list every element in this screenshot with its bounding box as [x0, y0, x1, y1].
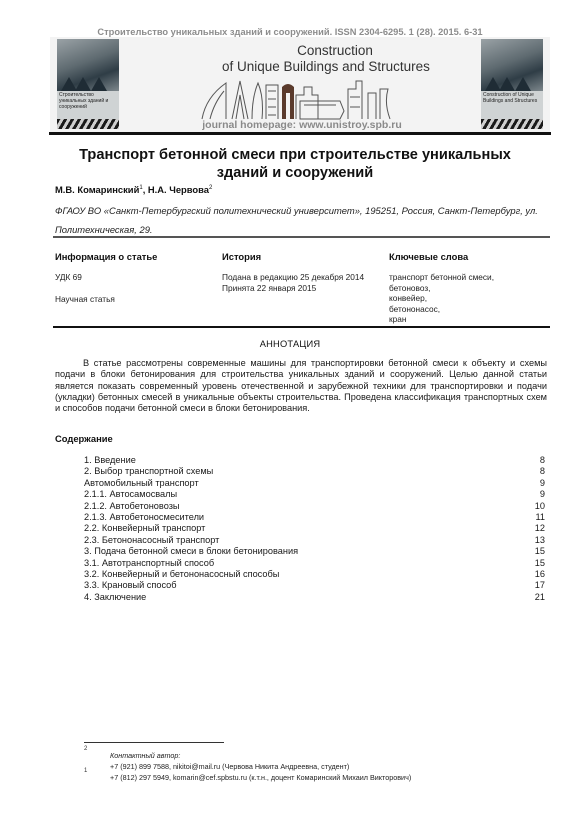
banner-divider — [49, 132, 551, 135]
toc-entry-page: 10 — [535, 501, 545, 512]
footnote-author-1: +7 (812) 297 5949, komarin@cef.spbstu.ru… — [110, 773, 411, 782]
toc-entry-page: 16 — [535, 569, 545, 580]
author-name: Н.А. Червова — [148, 184, 209, 195]
udk-code: УДК 69 — [55, 272, 82, 283]
toc-entry[interactable]: 2.2. Конвейерный транспорт12 — [84, 523, 545, 534]
author-mark[interactable]: 2 — [209, 185, 212, 191]
history-list: Подана в редакцию 25 декабря 2014 Принят… — [222, 272, 364, 293]
toc-entry-label: 3.3. Крановый способ — [84, 580, 177, 591]
toc-entry[interactable]: 2.1.1. Автосамосвалы9 — [84, 489, 545, 500]
running-header: Строительство уникальных зданий и сооруж… — [0, 27, 580, 37]
footnote-contact-label: Контактный автор: — [110, 751, 180, 760]
journal-title: Construction of Unique Buildings and Str… — [200, 43, 400, 75]
toc-entry-label: 2.3. Бетононасосный транспорт — [84, 535, 219, 546]
toc-entry-label: 2.1.2. Автобетоновозы — [84, 501, 180, 512]
cover-label-en: Construction of Unique Buildings and Str… — [483, 92, 541, 104]
toc-entry[interactable]: 3.2. Конвейерный и бетононасосный способ… — [84, 569, 545, 580]
history-submitted: Подана в редакцию 25 декабря 2014 — [222, 272, 364, 283]
toc-entry-label: 2.1.3. Автобетоносмесители — [84, 512, 204, 523]
journal-cover-en: Construction of Unique Buildings and Str… — [481, 39, 543, 129]
toc-entry-page: 15 — [535, 558, 545, 569]
keyword: бетоновоз, — [389, 283, 494, 294]
keyword: конвейер, — [389, 293, 494, 304]
info-heading: Информация о статье — [55, 251, 157, 262]
toc-entry-page: 12 — [535, 523, 545, 534]
toc-entry-page: 13 — [535, 535, 545, 546]
toc-entry-label: 2.1.1. Автосамосвалы — [84, 489, 177, 500]
toc-entry-page: 11 — [535, 512, 545, 523]
toc-entry[interactable]: Автомобильный транспорт9 — [84, 478, 545, 489]
keywords-list: транспорт бетонной смеси, бетоновоз, кон… — [389, 272, 494, 325]
journal-title-line1: Construction — [200, 43, 400, 59]
toc-entry-label: 3. Подача бетонной смеси в блоки бетонир… — [84, 546, 298, 557]
toc-entry-label: 1. Введение — [84, 455, 136, 466]
toc-entry[interactable]: 2.1.2. Автобетоновозы10 — [84, 501, 545, 512]
cover-label-ru: Строительство уникальных зданий и сооруж… — [59, 92, 117, 110]
footnote-mark: 2 — [84, 746, 87, 752]
toc-entry[interactable]: 4. Заключение21 — [84, 592, 545, 603]
toc-entry-page: 17 — [535, 580, 545, 591]
history-heading: История — [222, 251, 261, 262]
toc-entry-label: Автомобильный транспорт — [84, 478, 199, 489]
toc-entry-page: 9 — [540, 489, 545, 500]
section-divider — [53, 326, 550, 328]
keyword: транспорт бетонной смеси, — [389, 272, 494, 283]
toc-entry-page: 8 — [540, 466, 545, 477]
toc-entry[interactable]: 1. Введение8 — [84, 455, 545, 466]
footnote-divider — [84, 742, 224, 743]
toc-entry[interactable]: 3.3. Крановый способ17 — [84, 580, 545, 591]
footnote-mark: 1 — [84, 768, 87, 774]
toc-entry-label: 2.2. Конвейерный транспорт — [84, 523, 205, 534]
keywords-heading: Ключевые слова — [389, 251, 468, 262]
toc-entry-label: 2. Выбор транспортной схемы — [84, 466, 213, 477]
journal-cover-ru: Строительство уникальных зданий и сооруж… — [57, 39, 119, 129]
table-of-contents: 1. Введение82. Выбор транспортной схемы8… — [84, 455, 545, 603]
journal-title-line2: of Unique Buildings and Structures — [222, 59, 400, 75]
journal-banner: Строительство уникальных зданий и сооруж… — [50, 37, 550, 133]
footnote-author-2: +7 (921) 899 7588, nikitoi@mail.ru (Черв… — [110, 762, 349, 771]
history-accepted: Принята 22 января 2015 — [222, 283, 364, 294]
toc-entry[interactable]: 2. Выбор транспортной схемы8 — [84, 466, 545, 477]
toc-entry-label: 4. Заключение — [84, 592, 146, 603]
toc-entry-page: 8 — [540, 455, 545, 466]
toc-entry-label: 3.1. Автотранспортный способ — [84, 558, 214, 569]
toc-entry[interactable]: 3. Подача бетонной смеси в блоки бетонир… — [84, 546, 545, 557]
abstract-text: В статье рассмотрены современные машины … — [55, 358, 547, 414]
toc-entry-page: 9 — [540, 478, 545, 489]
author-name: М.В. Комаринский — [55, 184, 139, 195]
affiliation: ФГАОУ ВО «Санкт-Петербургский политехнич… — [55, 201, 550, 239]
toc-entry-page: 21 — [535, 592, 545, 603]
section-divider — [53, 236, 550, 238]
toc-entry-label: 3.2. Конвейерный и бетононасосный способ… — [84, 569, 279, 580]
toc-entry[interactable]: 2.3. Бетононасосный транспорт13 — [84, 535, 545, 546]
toc-entry[interactable]: 3.1. Автотранспортный способ15 — [84, 558, 545, 569]
journal-homepage-link[interactable]: journal homepage: www.unistroy.spb.ru — [202, 119, 402, 131]
article-type: Научная статья — [55, 294, 115, 305]
keyword: бетононасос, — [389, 304, 494, 315]
toc-entry[interactable]: 2.1.3. Автобетоносмесители11 — [84, 512, 545, 523]
author-list: М.В. Комаринский1, Н.А. Червова2 — [55, 184, 212, 195]
article-title: Транспорт бетонной смеси при строительст… — [52, 146, 538, 182]
skyline-logo-icon — [200, 77, 405, 121]
contents-heading: Содержание — [55, 433, 113, 444]
keyword: кран — [389, 314, 494, 325]
abstract-heading: АННОТАЦИЯ — [0, 339, 580, 349]
toc-entry-page: 15 — [535, 546, 545, 557]
